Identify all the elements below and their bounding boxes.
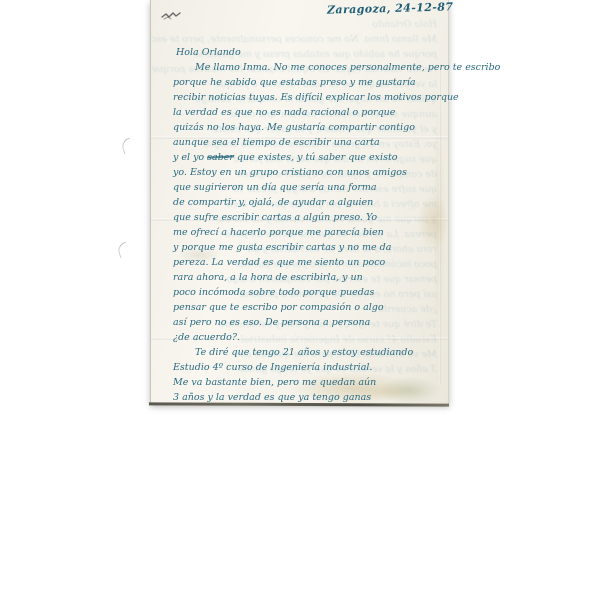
letter-body: Hola Orlando Me llamo Inma. No me conoce…: [173, 45, 443, 405]
letter-line: poco incómoda sobre todo porque puedas: [173, 285, 443, 300]
letter-line: recibir noticias tuyas. Es difícil expli…: [173, 90, 443, 105]
letter-line: que sugirieron un día que sería una form…: [173, 180, 443, 195]
letter-line: pensar que te escribo por compasión o al…: [173, 300, 443, 315]
letter-line: 3 años y la verdad es que ya tengo ganas: [173, 390, 443, 405]
letter-line: de compartir y, ojalá, de ayudar a algui…: [173, 195, 443, 210]
letter-line: la verdad es que no es nada racional o p…: [173, 105, 443, 120]
letter-greeting: Hola Orlando: [173, 45, 443, 60]
letter-line: Me va bastante bien, pero me quedan aún: [173, 375, 443, 390]
letter-line: rara ahora, a la hora de escribirla, y u…: [173, 270, 443, 285]
scan-artifact-arc: [120, 138, 134, 154]
letter-line: Me llamo Inma. No me conoces personalmen…: [173, 60, 443, 75]
letter-line: que sufre escribir cartas a algún preso.…: [173, 210, 443, 225]
letter-line: aunque sea el tiempo de escribir una car…: [173, 135, 443, 150]
letter-line: porque he sabido que estabas preso y me …: [173, 75, 443, 90]
letter-line: me ofrecí a hacerlo porque me parecía bi…: [173, 225, 443, 240]
letter-line: pereza. La verdad es que me siento un po…: [173, 255, 443, 270]
letter-line: quizás no los haya. Me gustaría comparti…: [173, 120, 443, 135]
letter-line: ¿de acuerdo?.: [173, 330, 443, 345]
letter-paper: Hola Orlando Me llamo Inma. No me conoce…: [150, 0, 449, 404]
letter-line: Estudio 4º curso de Ingeniería industria…: [173, 360, 443, 375]
scan-artifact-arc: [116, 242, 130, 258]
letter-line: y porque me gusta escribir cartas y no m…: [173, 240, 443, 255]
letter-line: así pero no es eso. De persona a persona: [173, 315, 443, 330]
pencil-scribble: [160, 9, 186, 21]
letter-line: Te diré que tengo 21 años y estoy estudi…: [173, 345, 443, 360]
scan-background: Hola Orlando Me llamo Inma. No me conoce…: [0, 0, 600, 600]
letter-line: yo. Estoy en un grupo cristiano con unos…: [173, 165, 443, 180]
